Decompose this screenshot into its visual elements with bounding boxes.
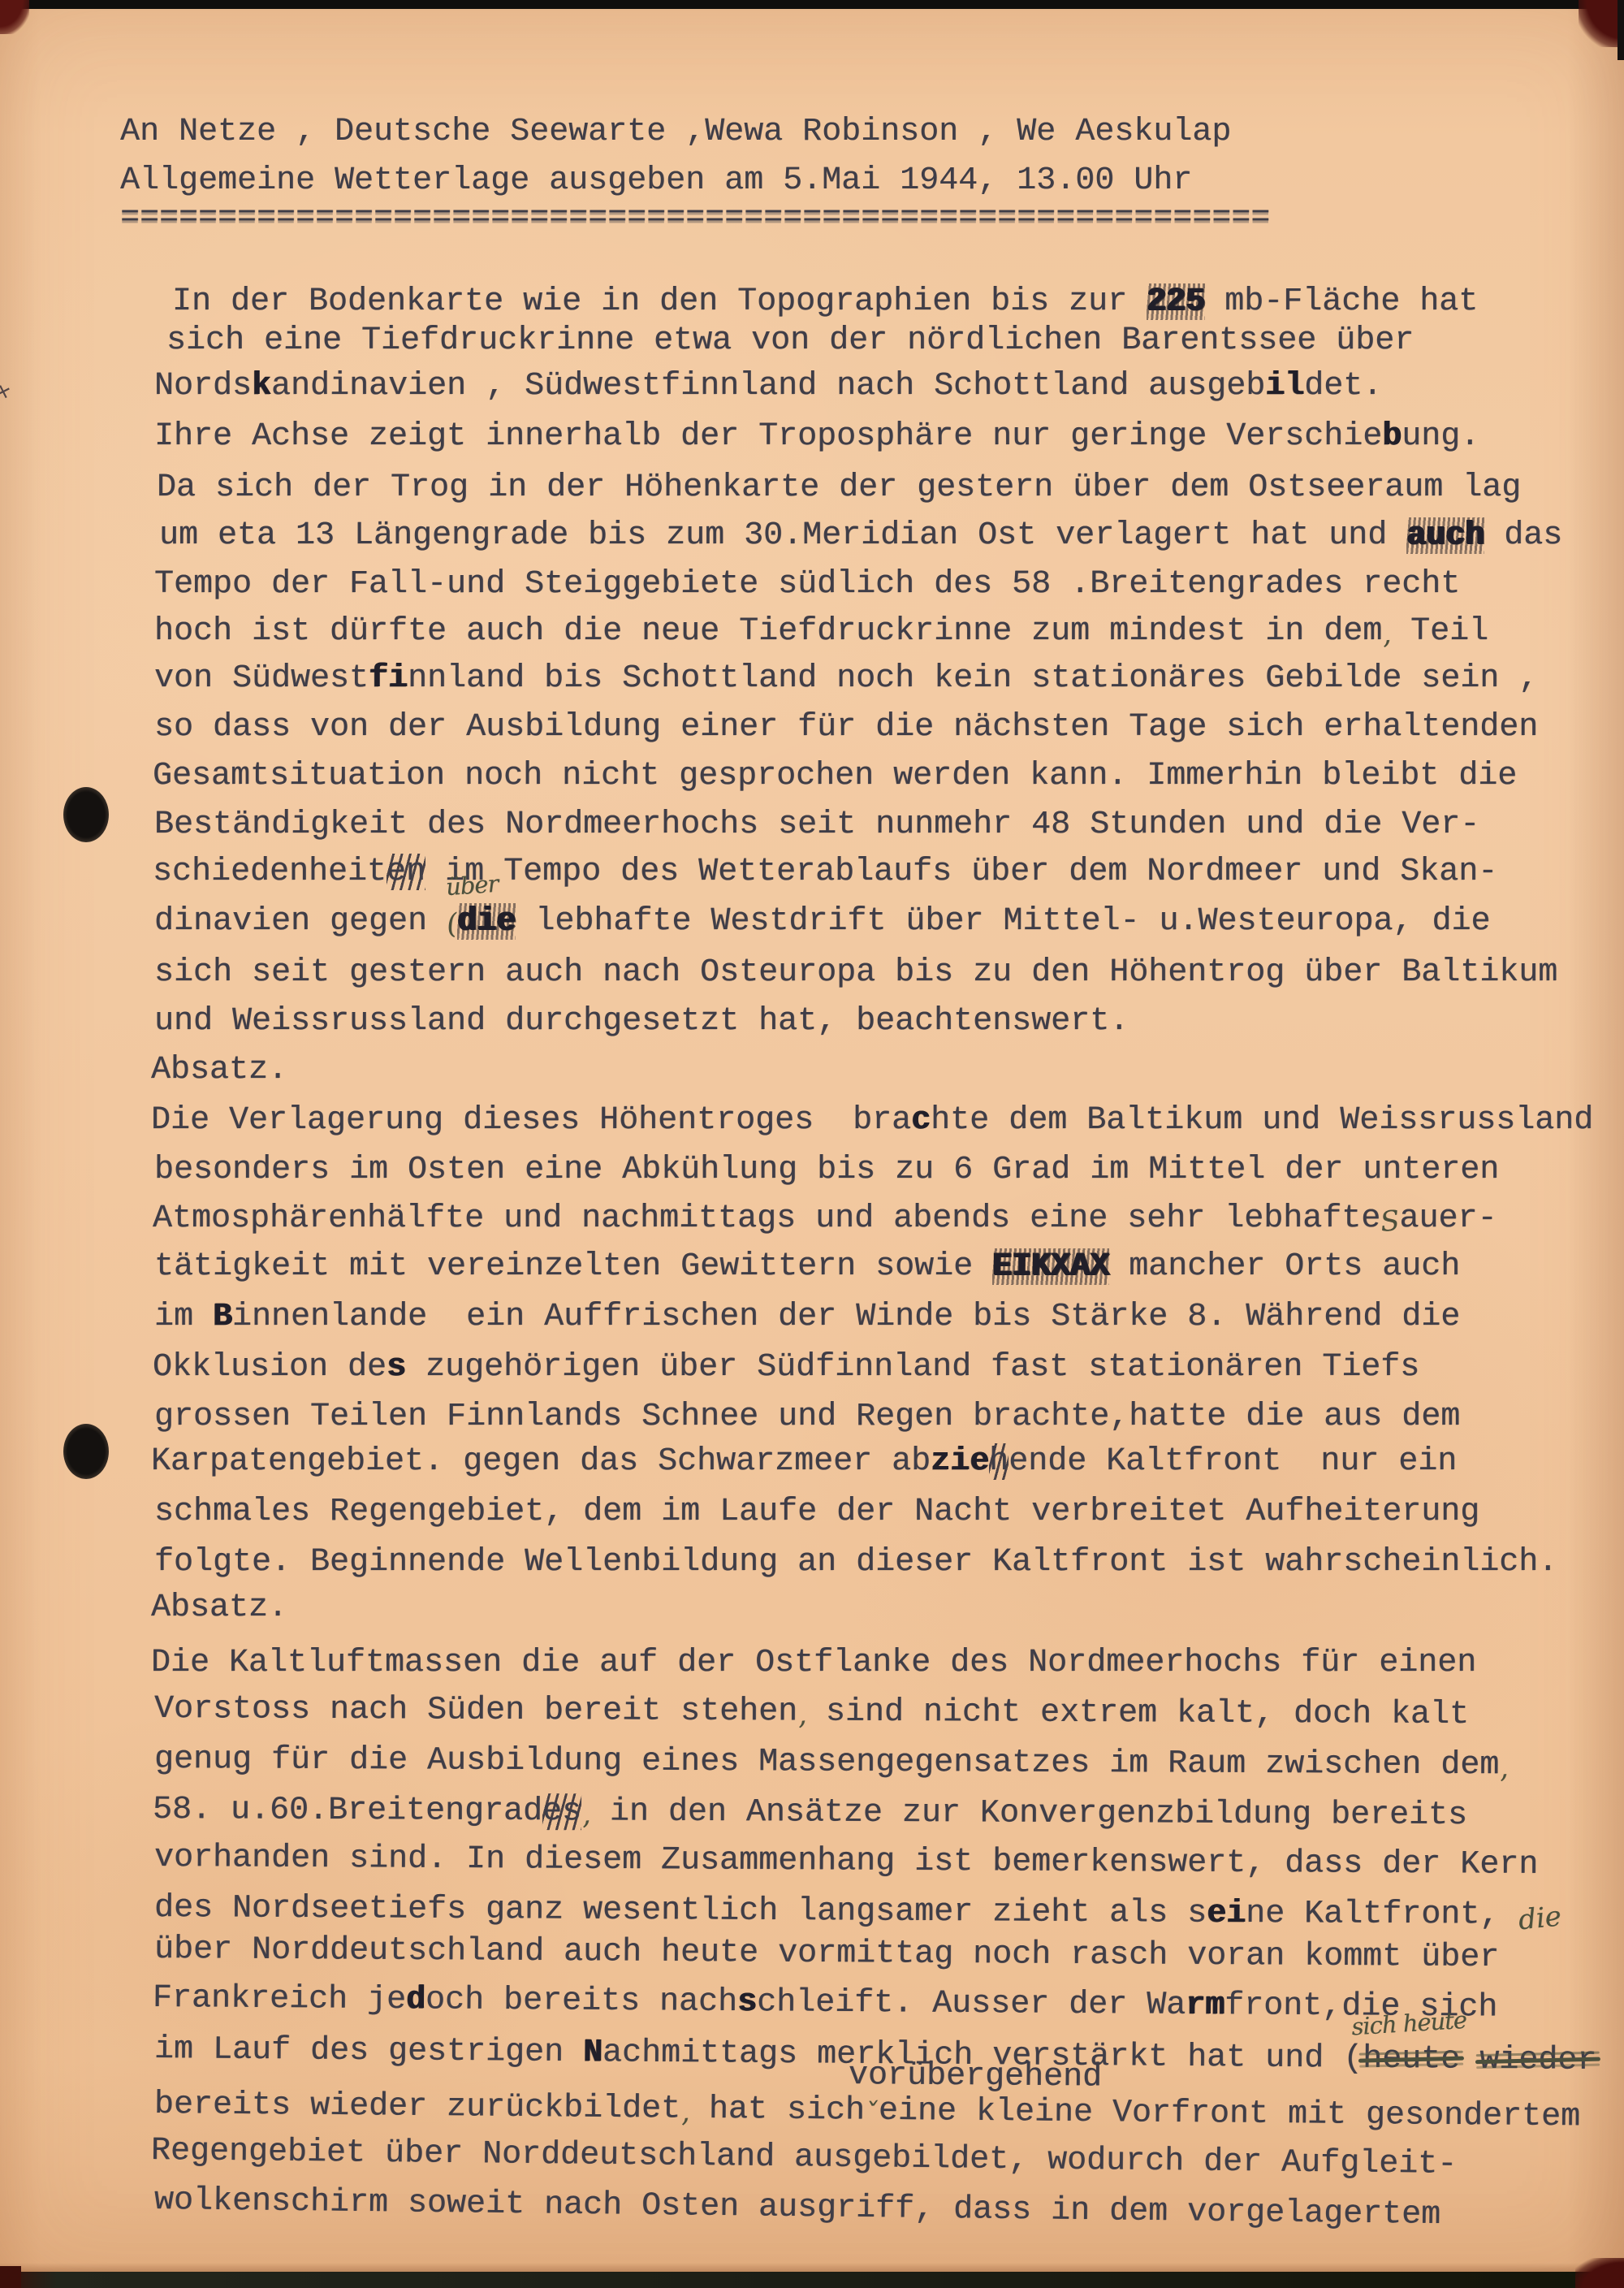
overtyped-text: fi [369, 660, 408, 697]
text-line: des Nordseetiefs ganz wesentlich langsam… [154, 1892, 1561, 1932]
pencil-struck-text: heutesich heute [1363, 2041, 1460, 2078]
handwritten-mark: ˇ [863, 2100, 879, 2128]
text-line: Karpatengebiet. gegen das Schwarzmeer ab… [151, 1446, 1457, 1478]
handwritten-mark: die [1518, 1902, 1563, 1934]
handwritten-mark: S [1380, 1207, 1402, 1236]
text-line: und Weissrussland durchgesetzt hat, beac… [154, 1006, 1129, 1038]
text-line: In der Bodenkarte wie in den Topographie… [172, 286, 1478, 318]
corner-mark-bottom-right [1575, 2258, 1624, 2288]
title-underline: ========================================… [120, 202, 1270, 235]
overtyped-text: s [387, 1349, 406, 1386]
overtyped-text: en [387, 854, 425, 890]
corner-mark-top-left [0, 0, 29, 34]
handwritten-annotation: über [445, 872, 499, 899]
text-line: besonders im Osten eine Abkühlung bis zu… [154, 1154, 1499, 1187]
text-line: so dass von der Ausbildung einer für die… [154, 711, 1538, 744]
text-line: um eta 13 Längengrade bis zum 30.Meridia… [159, 520, 1562, 552]
overtyped-text: c [911, 1102, 931, 1139]
text-line: hoch ist dürfte auch die neue Tiefdruckr… [154, 616, 1488, 648]
overtyped-text: zie [931, 1443, 989, 1480]
text-line: Beständigkeit des Nordmeerhochs seit nun… [154, 809, 1479, 841]
pencil-struck-text: wieder [1479, 2042, 1596, 2079]
text-line: im Binnenlande ein Auffrischen der Winde… [154, 1301, 1460, 1334]
text-line: Atmosphärenhälfte und nachmittags und ab… [153, 1203, 1497, 1235]
scan-edge-top [0, 0, 1624, 9]
text-line: Nordskandinavien , Südwestfinnland nach … [154, 370, 1382, 403]
overtyped-text: d [406, 1982, 425, 2018]
overtyped-text: il [1265, 368, 1304, 404]
overtyped-text: h [989, 1443, 1009, 1480]
text-line: tätigkeit mit vereinzelten Gewittern sow… [154, 1251, 1460, 1283]
text-line: Vorstoss nach Süden bereit stehen, sind … [154, 1693, 1469, 1732]
punch-hole [63, 1424, 109, 1479]
scan-edge-bottom [0, 2272, 1624, 2288]
text-line: schmales Regengebiet, dem im Laufe der N… [154, 1496, 1479, 1529]
overtyped-text: s [737, 1984, 757, 2021]
punch-hole [63, 787, 109, 842]
text-line: über Norddeutschland auch heute vormitta… [154, 1934, 1499, 1974]
text-line: schiedenheiten im Tempo des Wetterablauf… [153, 856, 1497, 889]
text-line: Ihre Achse zeigt innerhalb der Troposphä… [154, 421, 1479, 453]
text-line: Gesamtsituation noch nicht gesprochen we… [153, 760, 1517, 793]
handwritten-annotation: sich heute [1351, 2009, 1467, 2039]
overtyped-text: B [213, 1299, 232, 1335]
overtyped-text: rm [1186, 1987, 1224, 2024]
text-line: sich seit gestern auch nach Osteuropa bi… [154, 957, 1557, 989]
text-line: Tempo der Fall-und Steiggebiete südlich … [154, 569, 1460, 601]
overtyped-text: k [252, 368, 271, 404]
text-line: vorhanden sind. In diesem Zusammenhang i… [154, 1842, 1538, 1882]
text-line: grossen Teilen Finnlands Schnee und Rege… [154, 1401, 1460, 1434]
text-line: dinavien gegen (dieüber lebhafte Westdri… [154, 906, 1491, 938]
text-line: Da sich der Trog in der Höhenkarte der g… [157, 472, 1521, 504]
text-line: Die Verlagerung dieses Höhentroges brach… [151, 1105, 1593, 1137]
text-line: Okklusion des zugehörigen über Südfinnla… [153, 1352, 1419, 1384]
recipient-line: An Netze , Deutsche Seewarte ,Wewa Robin… [120, 116, 1231, 149]
text-line: sich eine Tiefdruckrinne etwa von der nö… [166, 325, 1414, 357]
corner-mark-bottom-left [0, 2266, 21, 2288]
overtyped-text: es [542, 1793, 581, 1830]
scan-edge-right [1618, 0, 1624, 60]
overtyped-text: 225 [1147, 283, 1205, 320]
overtyped-text: N [583, 2035, 603, 2071]
text-line: vorübergehend [849, 2060, 1102, 2094]
scanned-document: × An Netze , Deutsche Seewarte ,Wewa Rob… [0, 0, 1624, 2288]
document-title: Allgemeine Wetterlage ausgeben am 5.Mai … [120, 165, 1192, 197]
overtyped-text: auch [1406, 517, 1484, 554]
text-line: Die Kaltluftmassen die auf der Ostflanke… [151, 1647, 1476, 1680]
overtyped-text: EIKXAX [992, 1248, 1109, 1285]
handwritten-mark: , [1498, 1754, 1510, 1783]
text-line: 58. u.60.Breitengrades, in den Ansätze z… [153, 1794, 1467, 1832]
text-line: genug für die Ausbildung eines Massengeg… [154, 1744, 1508, 1782]
text-line: Absatz. [151, 1592, 287, 1624]
text-line: von Südwestfinnland bis Schottland noch … [154, 663, 1538, 695]
overtyped-text: dieüber [457, 903, 516, 940]
overtyped-text: b [1382, 418, 1402, 455]
overtyped-text: ei [1207, 1896, 1246, 1932]
text-line: Absatz. [151, 1054, 287, 1087]
text-line: folgte. Beginnende Wellenbildung an dies… [154, 1546, 1557, 1579]
